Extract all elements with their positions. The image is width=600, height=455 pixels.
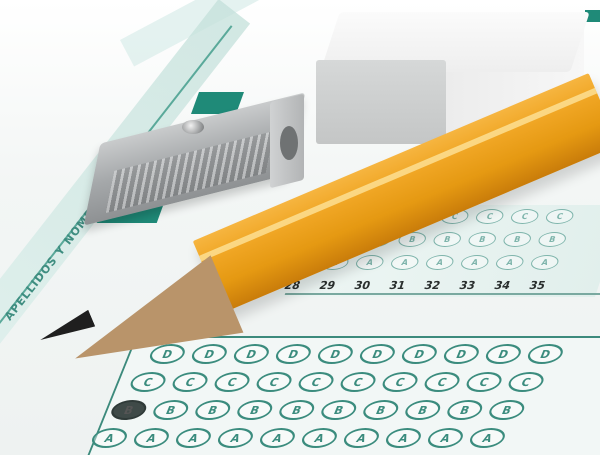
bubble: B xyxy=(318,400,360,420)
bubble: B xyxy=(402,400,444,420)
bubble: C xyxy=(169,372,211,392)
bubble: B xyxy=(431,232,463,247)
bubble: C xyxy=(211,372,253,392)
bubble: C xyxy=(505,372,547,392)
bubble: C xyxy=(544,209,576,224)
question-number: 34 xyxy=(487,279,518,292)
bubble: A xyxy=(354,255,386,270)
bubble-row-c: CCCCCCCCCC xyxy=(127,372,547,392)
bubble: A xyxy=(424,428,466,448)
bubble: C xyxy=(253,372,295,392)
bubble: A xyxy=(529,255,561,270)
bubble: D xyxy=(314,344,356,364)
bubble: D xyxy=(440,344,482,364)
bubble: B xyxy=(501,232,533,247)
bubble: A xyxy=(214,428,256,448)
bubble: B xyxy=(486,400,528,420)
bubble: B xyxy=(536,232,568,247)
question-number: 30 xyxy=(347,279,378,292)
bubble: B xyxy=(192,400,234,420)
bubble: D xyxy=(398,344,440,364)
question-number: 35 xyxy=(522,279,553,292)
bubble: A xyxy=(466,428,508,448)
bubble: B xyxy=(360,400,402,420)
bubble: C xyxy=(474,209,506,224)
bubble: A xyxy=(172,428,214,448)
bubble: A xyxy=(340,428,382,448)
photo-scene: APELLIDOS Y NOMBRES CCCCCCCC BBBBBBBB AA… xyxy=(0,0,600,455)
bubble: A xyxy=(88,428,130,448)
bubble: D xyxy=(482,344,524,364)
bubble: C xyxy=(421,372,463,392)
bubble: B xyxy=(234,400,276,420)
question-number: 32 xyxy=(417,279,448,292)
question-number: 33 xyxy=(452,279,483,292)
bubble: D xyxy=(272,344,314,364)
sharpener-screw xyxy=(182,120,204,134)
eraser-front xyxy=(316,60,446,144)
question-number: 29 xyxy=(312,279,343,292)
grid-divider-line xyxy=(285,293,600,295)
bubble: C xyxy=(463,372,505,392)
bubble: A xyxy=(424,255,456,270)
bubble: A xyxy=(130,428,172,448)
bubble: D xyxy=(524,344,566,364)
bubble: B xyxy=(276,400,318,420)
bubble-row-b: BBBBBBBBBB xyxy=(108,400,528,420)
bubble: B xyxy=(444,400,486,420)
sharpener-hole xyxy=(280,126,298,160)
bubble: C xyxy=(295,372,337,392)
question-numbers: 28 29 30 31 32 33 34 35 xyxy=(277,279,553,292)
bubble: C xyxy=(509,209,541,224)
bubble: A xyxy=(389,255,421,270)
bubble-filled: B xyxy=(108,400,150,420)
bubble-row-a: AAAAAAAAAA xyxy=(88,428,508,448)
bubble: D xyxy=(230,344,272,364)
bubble: C xyxy=(337,372,379,392)
bubble: A xyxy=(298,428,340,448)
bubble: B xyxy=(150,400,192,420)
bubble: C xyxy=(379,372,421,392)
bubble: A xyxy=(382,428,424,448)
bubble: B xyxy=(466,232,498,247)
question-number: 31 xyxy=(382,279,413,292)
bubble: D xyxy=(356,344,398,364)
bubble: A xyxy=(256,428,298,448)
bubble: A xyxy=(459,255,491,270)
bubble: A xyxy=(494,255,526,270)
